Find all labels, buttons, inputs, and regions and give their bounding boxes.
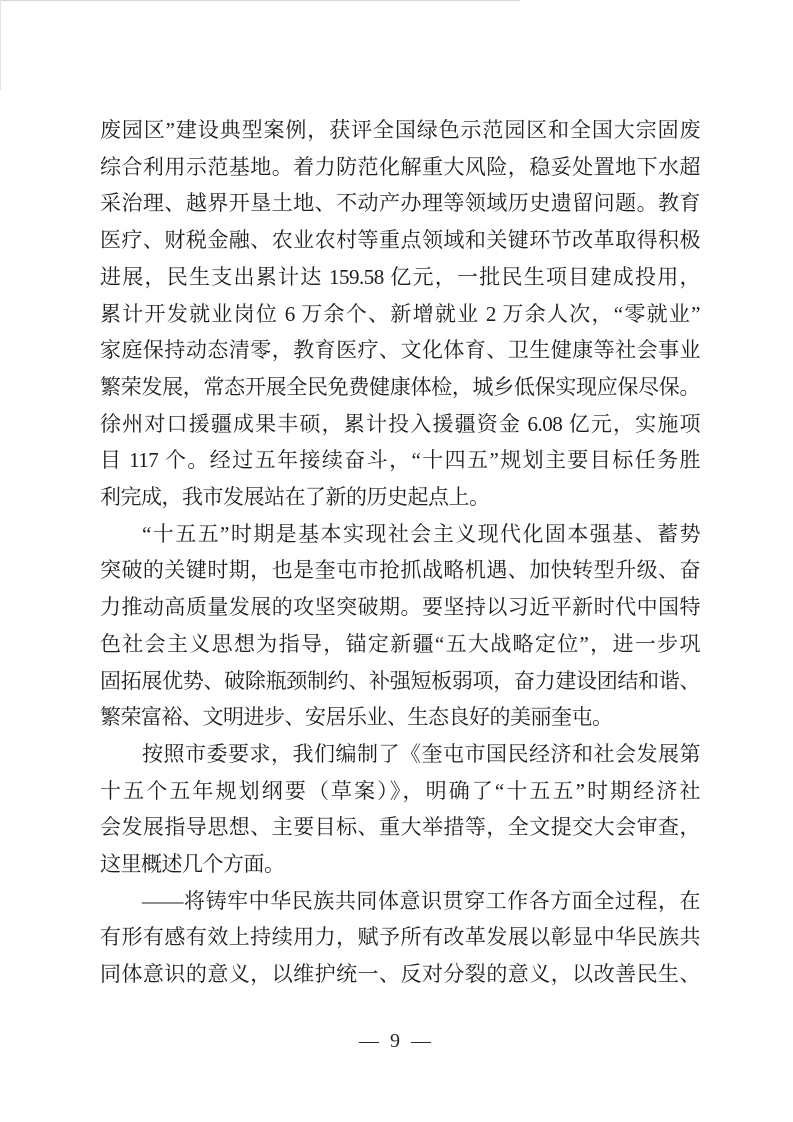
text-line: 综合利用示范基地。着力防范化解重大风险，稳妥处置地下水超 (100, 149, 700, 186)
text-line: 色社会主义思想为指导，锚定新疆“五大战略定位”，进一步巩 (100, 626, 700, 663)
text-line: 这里概述几个方面。 (100, 846, 700, 883)
text-line: 固拓展优势、破除瓶颈制约、补强短板弱项，奋力建设团结和谐、 (100, 663, 700, 700)
paragraph-3: 按照市委要求，我们编制了《奎屯市国民经济和社会发展第 十五个五年规划纲要（草案）… (100, 736, 700, 883)
paragraph-1: 废园区”建设典型案例，获评全国绿色示范园区和全国大宗固废 综合利用示范基地。着力… (100, 112, 700, 516)
paragraph-4: ——将铸牢中华民族共同体意识贯穿工作各方面全过程，在 有形有感有效上持续用力，赋… (100, 883, 700, 993)
text-line: 废园区”建设典型案例，获评全国绿色示范园区和全国大宗固废 (100, 112, 700, 149)
text-line: 家庭保持动态清零，教育医疗、文化体育、卫生健康等社会事业 (100, 332, 700, 369)
page-footer: — 9 — (0, 1030, 793, 1053)
paragraph-2: “十五五”时期是基本实现社会主义现代化固本强基、蓄势 突破的关键时期，也是奎屯市… (100, 516, 700, 736)
text-line: ——将铸牢中华民族共同体意识贯穿工作各方面全过程，在 (100, 883, 700, 920)
text-line: 按照市委要求，我们编制了《奎屯市国民经济和社会发展第 (100, 736, 700, 773)
text-line: 力推动高质量发展的攻坚突破期。要坚持以习近平新时代中国特 (100, 589, 700, 626)
body-text: 废园区”建设典型案例，获评全国绿色示范园区和全国大宗固废 综合利用示范基地。着力… (100, 112, 700, 993)
text-line: 累计开发就业岗位 6 万余个、新增就业 2 万余人次，“零就业” (100, 296, 700, 333)
text-line: “十五五”时期是基本实现社会主义现代化固本强基、蓄势 (100, 516, 700, 553)
page-number: — 9 — (359, 1030, 434, 1052)
text-line: 繁荣富裕、文明进步、安居乐业、生态良好的美丽奎屯。 (100, 699, 700, 736)
text-line: 采治理、越界开垦土地、不动产办理等领域历史遗留问题。教育 (100, 185, 700, 222)
text-line: 会发展指导思想、主要目标、重大举措等，全文提交大会审查， (100, 809, 700, 846)
text-line: 进展，民生支出累计达 159.58 亿元，一批民生项目建成投用， (100, 259, 700, 296)
document-page: 废园区”建设典型案例，获评全国绿色示范园区和全国大宗固废 综合利用示范基地。着力… (0, 0, 793, 1122)
text-line: 利完成，我市发展站在了新的历史起点上。 (100, 479, 700, 516)
text-line: 突破的关键时期，也是奎屯市抢抓战略机遇、加快转型升级、奋 (100, 552, 700, 589)
scan-edge-artifact (0, 0, 520, 1)
text-line: 同体意识的意义，以维护统一、反对分裂的意义，以改善民生、 (100, 956, 700, 993)
scan-edge-artifact (0, 0, 1, 90)
text-line: 医疗、财税金融、农业农村等重点领域和关键环节改革取得积极 (100, 222, 700, 259)
text-line: 目 117 个。经过五年接续奋斗，“十四五”规划主要目标任务胜 (100, 442, 700, 479)
text-line: 十五个五年规划纲要（草案）》，明确了“十五五”时期经济社 (100, 773, 700, 810)
text-line: 繁荣发展，常态开展全民免费健康体检，城乡低保实现应保尽保。 (100, 369, 700, 406)
text-line: 有形有感有效上持续用力，赋予所有改革发展以彰显中华民族共 (100, 919, 700, 956)
text-line: 徐州对口援疆成果丰硕，累计投入援疆资金 6.08 亿元，实施项 (100, 406, 700, 443)
